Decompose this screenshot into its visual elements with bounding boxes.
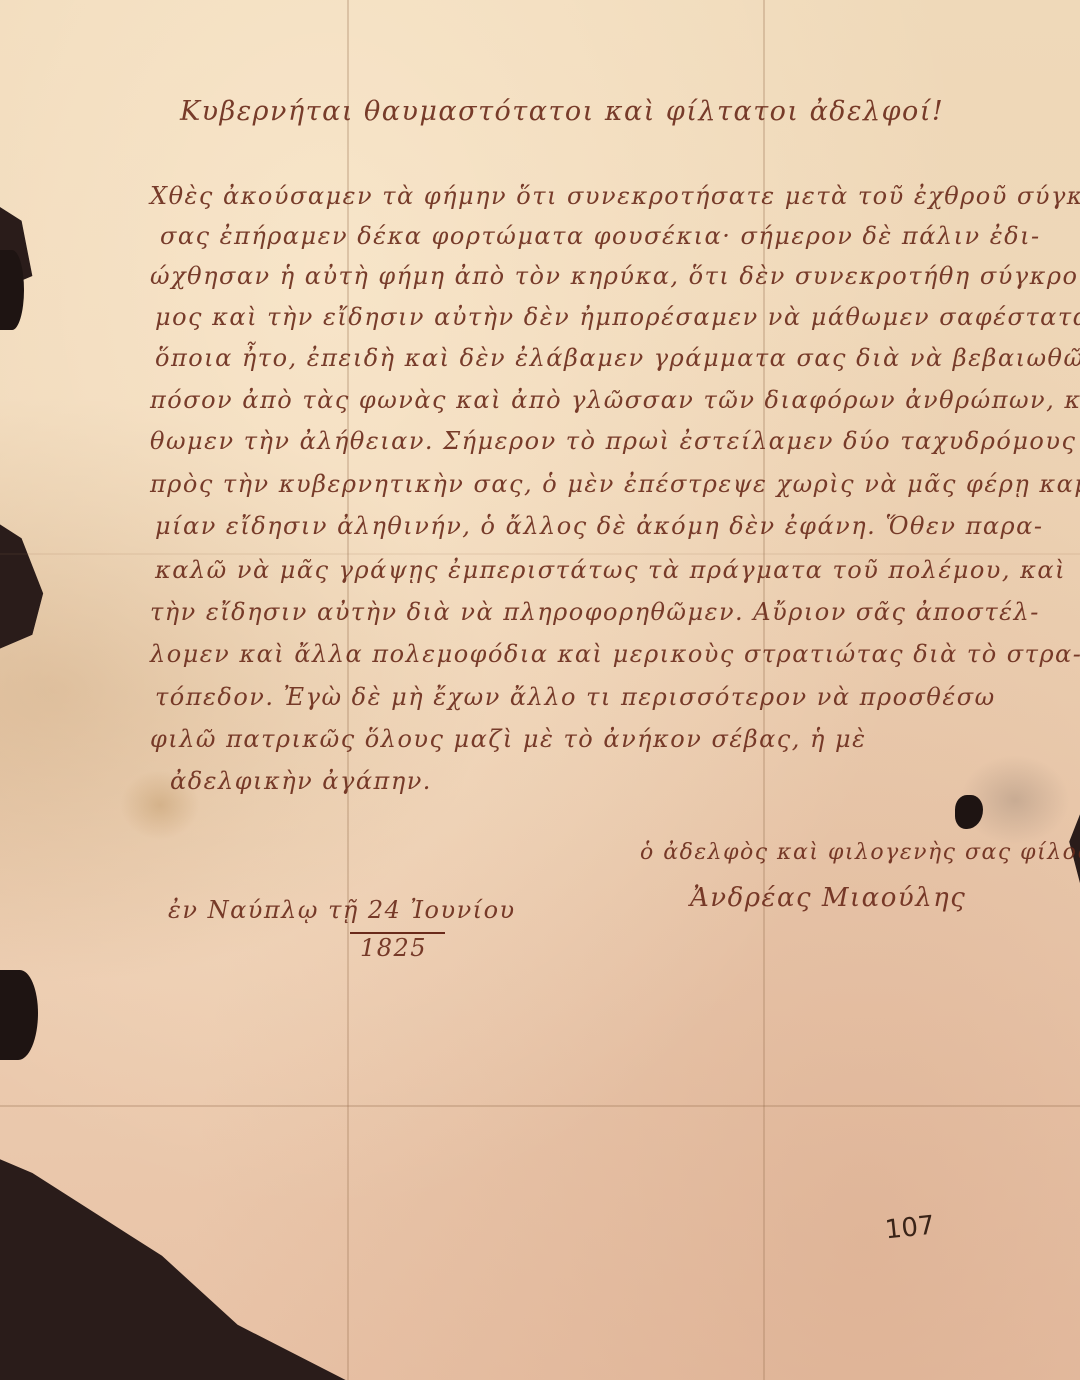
- fold-line: [0, 553, 1080, 555]
- body-line: ἀδελφικὴν ἀγάπην.: [170, 767, 432, 795]
- body-line: Χθὲς ἀκούσαμεν τὰ φήμην ὅτι συνεκροτήσατ…: [150, 182, 1080, 210]
- archive-number: 107: [884, 1210, 937, 1245]
- body-line: καλῶ νὰ μᾶς γράψῃς ἐμπεριστάτως τὰ πράγμ…: [155, 556, 1066, 584]
- body-line: σας ἐπήραμεν δέκα φορτώματα φουσέκια· σή…: [160, 222, 1041, 250]
- body-line: μος καὶ τὴν εἴδησιν αὐτὴν δὲν ἠμπορέσαμε…: [155, 303, 1080, 331]
- signature: Ἀνδρέας Μιαούλης: [690, 883, 966, 913]
- salutation: Κυβερνήται θαυμαστότατοι καὶ φίλτατοι ἀδ…: [180, 96, 944, 127]
- paper-damage: [0, 250, 24, 330]
- body-line: φιλῶ πατρικῶς ὅλους μαζὶ μὲ τὸ ἀνήκον σέ…: [150, 725, 866, 753]
- body-line: τὴν εἴδησιν αὐτὴν διὰ νὰ πληροφορηθῶμεν.…: [150, 598, 1040, 626]
- body-line: πόσον ἀπὸ τὰς φωνὰς καὶ ἀπὸ γλῶσσαν τῶν …: [150, 386, 1080, 414]
- body-line: μίαν εἴδησιν ἀληθινήν, ὁ ἄλλος δὲ ἀκόμη …: [155, 512, 1043, 540]
- body-line: λομεν καὶ ἄλλα πολεμοφόδια καὶ μερικοὺς …: [150, 640, 1080, 668]
- body-line: ὅποια ἦτο, ἐπειδὴ καὶ δὲν ἐλάβαμεν γράμμ…: [155, 344, 1080, 372]
- body-line: θωμεν τὴν ἀλήθειαν. Σήμερον τὸ πρωὶ ἐστε…: [150, 427, 1076, 455]
- fold-line: [0, 1105, 1080, 1107]
- closing-phrase: ὁ ἀδελφὸς καὶ φιλογενὴς σας φίλος: [640, 840, 1080, 865]
- body-line: τόπεδον. Ἐγὼ δὲ μὴ ἔχων ἄλλο τι περισσότ…: [155, 683, 996, 711]
- body-line: ώχθησαν ἡ αὐτὴ φήμη ἀπὸ τὸν κηρύκα, ὅτι …: [150, 262, 1080, 290]
- body-line: πρὸς τὴν κυβερνητικὴν σας, ὁ μὲν ἐπέστρε…: [150, 470, 1080, 498]
- year: 1825: [360, 934, 427, 962]
- place-date: ἐν Ναύπλῳ τῇ 24 Ἰουνίου: [168, 896, 516, 924]
